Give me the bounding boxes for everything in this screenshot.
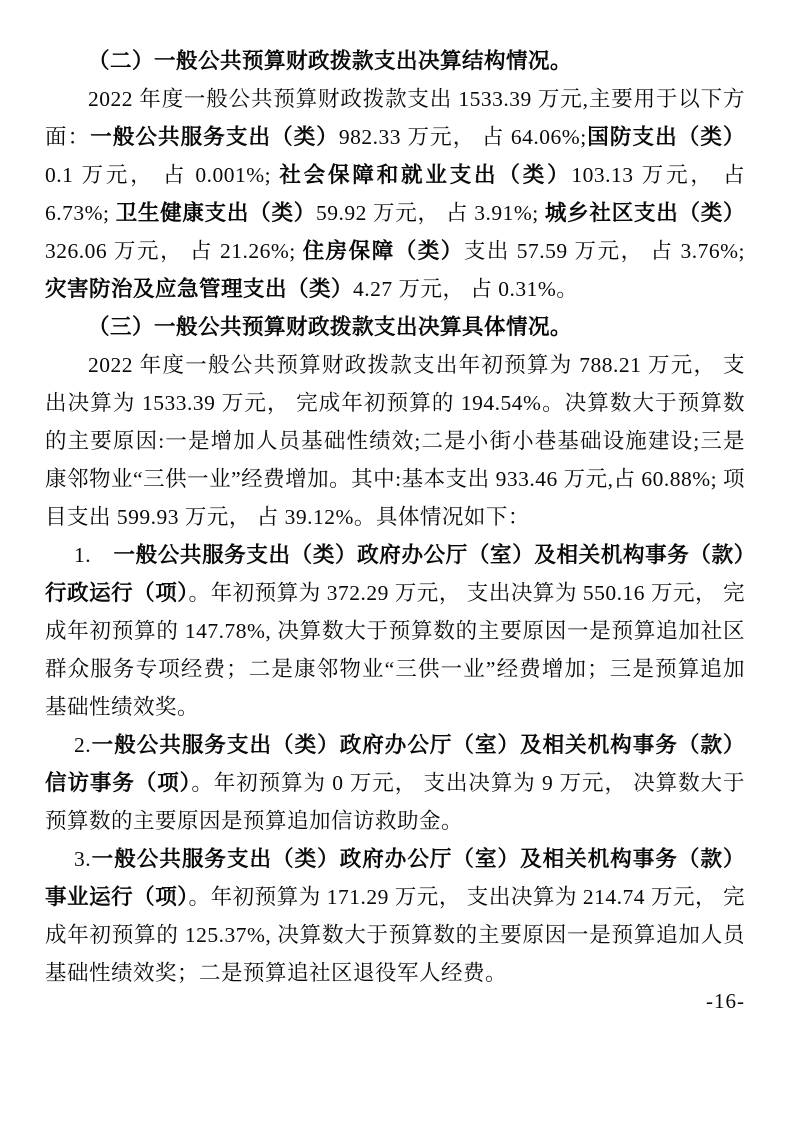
text-run: 59.92 万元， 占 3.91%; <box>316 201 545 225</box>
text-run: 国防支出（类） <box>587 125 745 149</box>
para-item-1: 1. 一般公共服务支出（类）政府办公厅（室）及相关机构事务（款）行政运行（项）。… <box>45 536 745 726</box>
text-run: 卫生健康支出（类） <box>116 201 316 225</box>
text-run: 2. <box>74 733 91 757</box>
document-body: （二）一般公共预算财政拨款支出决算结构情况。2022 年度一般公共预算财政拨款支… <box>45 42 745 992</box>
text-run: （三）一般公共预算财政拨款支出决算具体情况。 <box>88 315 572 339</box>
text-run: 1. <box>74 543 113 567</box>
text-run: 支出 57.59 万元， 占 3.76%; <box>464 239 745 263</box>
para-item-3: 3.一般公共服务支出（类）政府办公厅（室）及相关机构事务（款）事业运行（项）。年… <box>45 840 745 992</box>
para-item-2: 2.一般公共服务支出（类）政府办公厅（室）及相关机构事务（款）信访事务（项）。年… <box>45 726 745 840</box>
text-run: 0.1 万元， 占 0.001%; <box>45 163 279 187</box>
heading-section-3: （三）一般公共预算财政拨款支出决算具体情况。 <box>45 308 745 346</box>
text-run: 灾害防治及应急管理支出（类） <box>45 277 353 301</box>
text-run: 2022 年度一般公共预算财政拨款支出年初预算为 788.21 万元， 支出决算… <box>45 353 745 529</box>
text-run: 住房保障（类） <box>303 239 464 263</box>
text-run: 社会保障和就业支出（类） <box>279 163 571 187</box>
para-detail-intro: 2022 年度一般公共预算财政拨款支出年初预算为 788.21 万元， 支出决算… <box>45 346 745 536</box>
text-run: 982.33 万元， 占 64.06%; <box>339 125 587 149</box>
para-expenditure-structure: 2022 年度一般公共预算财政拨款支出 1533.39 万元,主要用于以下方面：… <box>45 80 745 308</box>
text-run: 城乡社区支出（类） <box>545 201 745 225</box>
text-run: 4.27 万元， 占 0.31%。 <box>353 277 578 301</box>
text-run: 3. <box>74 847 91 871</box>
text-run: 一般公共服务支出（类） <box>90 125 339 149</box>
text-run: （二）一般公共预算财政拨款支出决算结构情况。 <box>88 49 572 73</box>
heading-section-2: （二）一般公共预算财政拨款支出决算结构情况。 <box>45 42 745 80</box>
page-number: -16- <box>706 986 745 1016</box>
text-run: 326.06 万元， 占 21.26%; <box>45 239 303 263</box>
document-page: （二）一般公共预算财政拨款支出决算结构情况。2022 年度一般公共预算财政拨款支… <box>0 0 793 1122</box>
